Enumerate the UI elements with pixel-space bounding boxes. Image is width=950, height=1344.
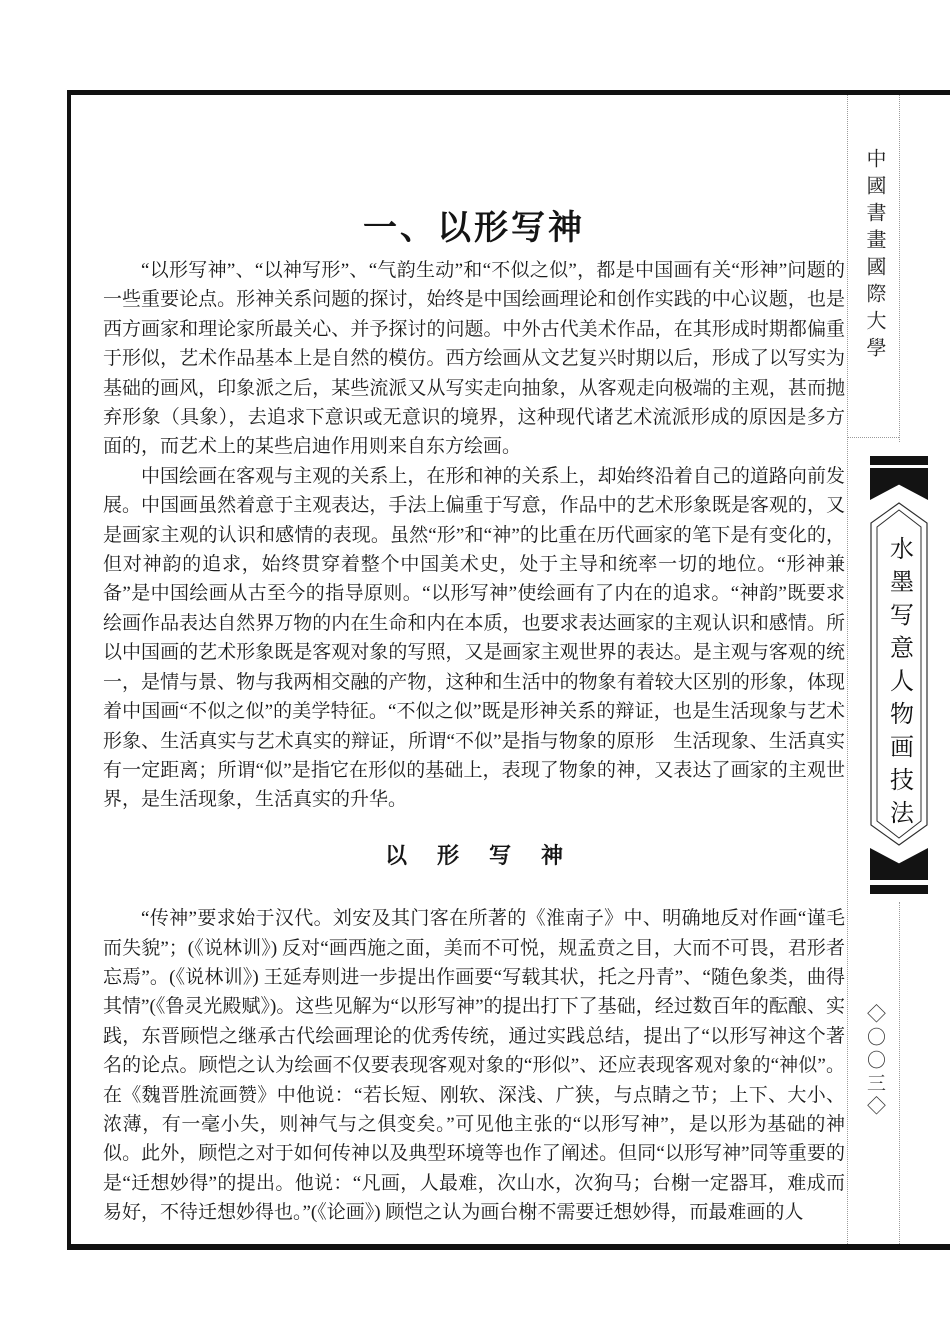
sidebar-rule-right-top xyxy=(899,95,900,442)
paragraph-1: “以形写神”、“以神写形”、“气韵生动”和“不似之似”，都是中国画有关“形神”问… xyxy=(103,256,845,462)
paragraph-2: 中国绘画在客观与主观的关系上，在形和神的关系上，却始终沿着自己的道路向前发展。中… xyxy=(103,462,845,815)
paragraph-3: “传神”要求始于汉代。刘安及其门客在所著的《淮南子》中、明确地反对作画“谨毛而失… xyxy=(103,904,845,1227)
sidebar-rule-horizontal xyxy=(847,437,899,438)
emblem-lozenge: 水墨写意人物画技法 xyxy=(870,502,928,846)
sidebar-rule-left xyxy=(847,95,848,1244)
page-number: ◇〇〇三◇ xyxy=(861,1004,888,1119)
section-heading: 以形写神 xyxy=(103,841,845,870)
sidebar-rule-right-bottom xyxy=(899,902,900,1244)
emblem-bottom-ribbon xyxy=(870,848,928,880)
emblem-bottom-bar xyxy=(870,885,928,894)
university-name-vertical: 中國書畫國際大學 xyxy=(860,148,889,364)
emblem-top-ribbon xyxy=(870,468,928,500)
chapter-title: 一、以形写神 xyxy=(103,200,845,249)
body-text: “以形写神”、“以神写形”、“气韵生动”和“不似之似”，都是中国画有关“形神”问… xyxy=(103,256,845,1228)
book-title-emblem: 水墨写意人物画技法 xyxy=(870,456,928,894)
book-page: 一、以形写神 “以形写神”、“以神写形”、“气韵生动”和“不似之似”，都是中国画… xyxy=(0,0,950,1344)
emblem-top-bar xyxy=(870,456,928,465)
book-title-vertical: 水墨写意人物画技法 xyxy=(882,536,917,833)
